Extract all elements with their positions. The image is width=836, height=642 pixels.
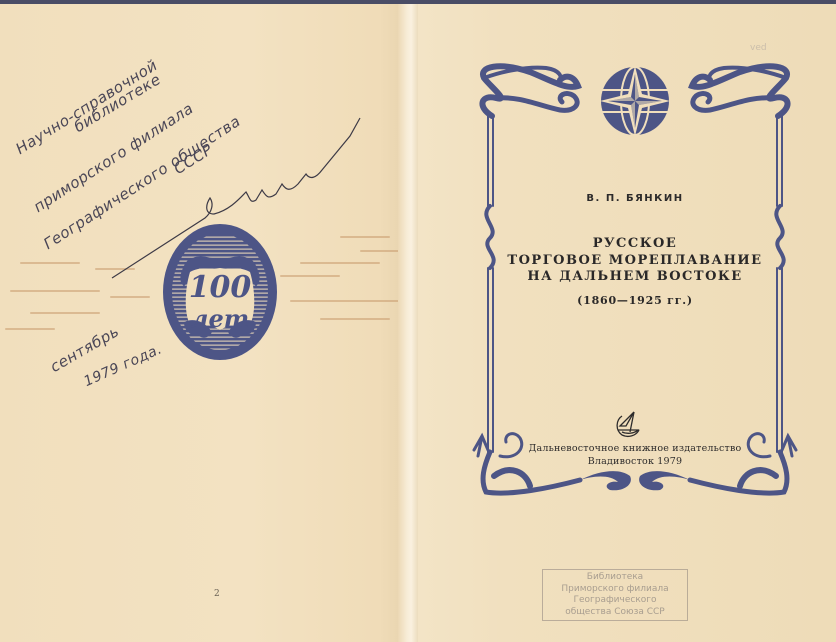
title-line-3: НА ДАЛЬНЕМ ВОСТОКЕ (470, 269, 800, 286)
publication-city-year: Владивосток 1979 (470, 455, 800, 468)
corner-mark: ved (750, 43, 767, 53)
author-name: В. П. БЯНКИН (470, 193, 800, 204)
emblem-word: лет (160, 304, 280, 333)
stamp-line-2: Приморского филиала (543, 584, 687, 596)
book-title: РУССКОЕ ТОРГОВОЕ МОРЕПЛАВАНИЕ НА ДАЛЬНЕМ… (470, 236, 800, 286)
stamp-line-1: Библиотека (543, 572, 687, 584)
book-spread: Научно-справочной библиотеке приморского… (0, 0, 836, 642)
book-years: (1860—1925 гг.) (470, 294, 800, 307)
title-line-2: ТОРГОВОЕ МОРЕПЛАВАНИЕ (470, 253, 800, 270)
stamp-line-4: общества Союза ССР (543, 607, 687, 619)
stamp-line-3: Географического (543, 595, 687, 607)
emblem-number: 100 (160, 270, 280, 305)
centenary-emblem: 100 лет (160, 222, 280, 362)
publisher-name: Дальневосточное книжное издательство (470, 442, 800, 455)
publisher-sailboat-logo-icon (612, 408, 644, 440)
title-line-1: РУССКОЕ (470, 236, 800, 253)
book-gutter (398, 4, 420, 642)
compass-globe-icon (600, 66, 670, 136)
library-stamp: Библиотека Приморского филиала Географич… (542, 569, 688, 621)
page-number: 2 (214, 589, 220, 599)
publisher-block: Дальневосточное книжное издательство Вла… (470, 442, 800, 468)
